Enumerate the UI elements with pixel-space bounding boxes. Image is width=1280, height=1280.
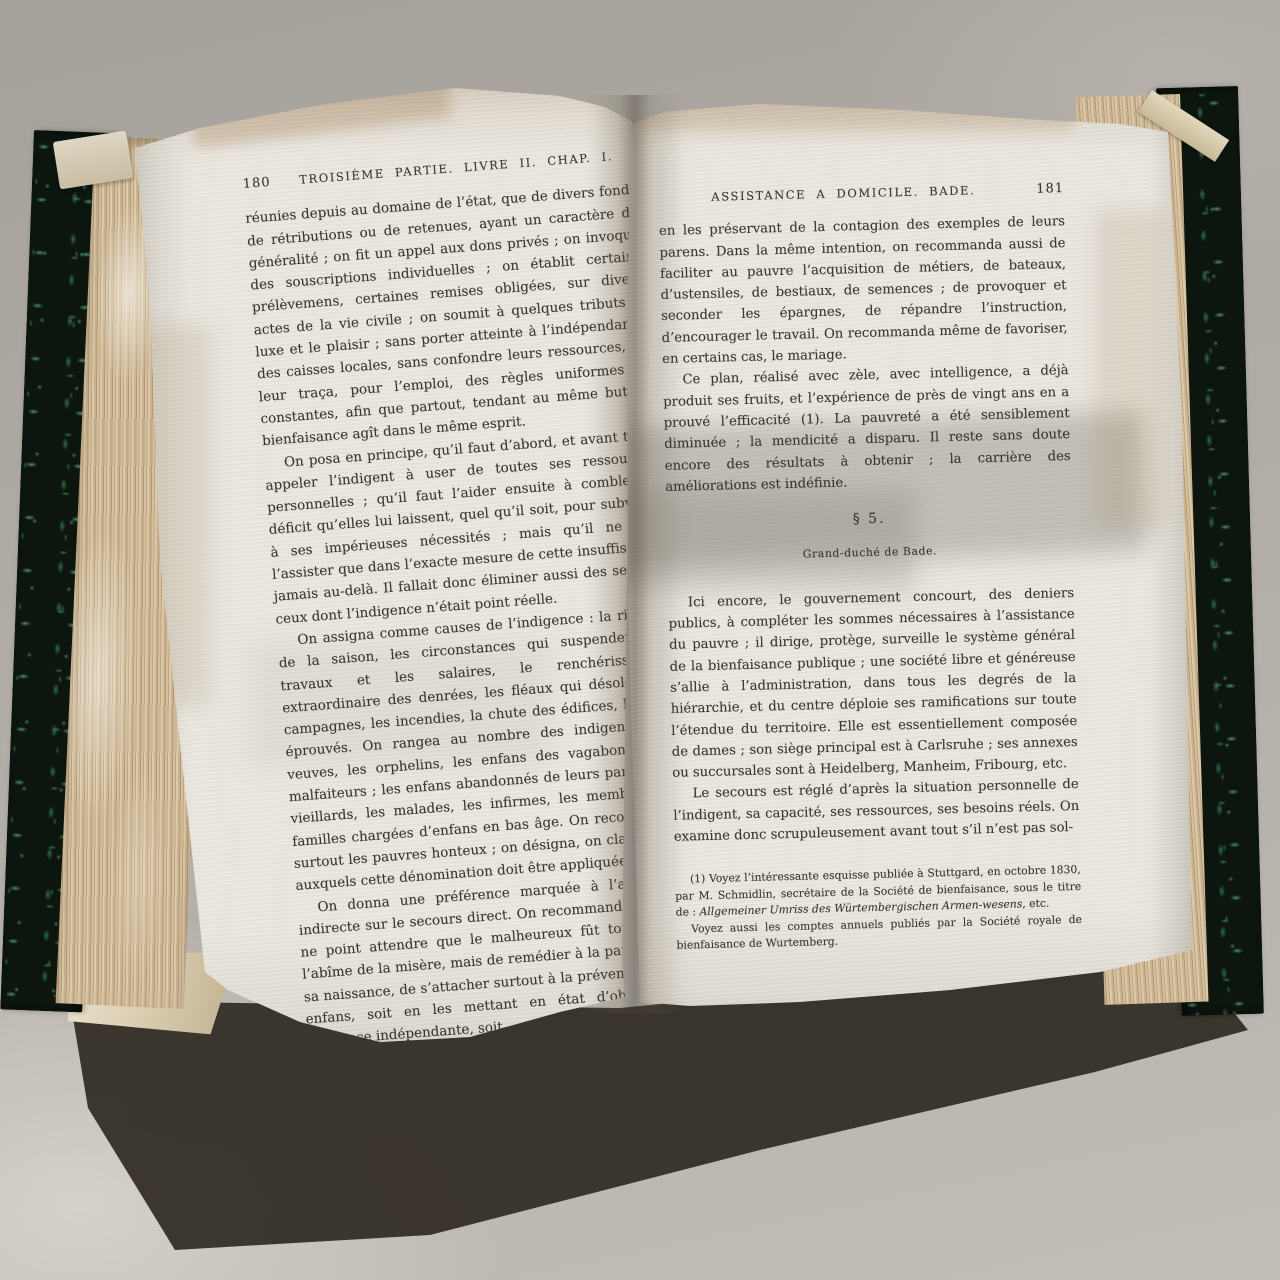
section-heading: § 5. [666, 504, 1072, 535]
running-title: ASSISTANCE A DOMICILE. BADE. [658, 179, 1029, 209]
footnote-text: , etc. [1022, 897, 1049, 911]
body-paragraph: On posa en principe, qu’il faut d’abord,… [263, 423, 667, 630]
footnote: (1) Voyez l’intéressante esquisse publié… [675, 862, 1083, 954]
body-paragraph: Ce plan, réalisé avec zèle, avec intelli… [662, 360, 1071, 498]
body-paragraph: Le secours est réglé d’après la situatio… [673, 774, 1080, 848]
photo-scene: 180 TROISIÈME PARTIE. LIVRE II. CHAP. I.… [0, 0, 1280, 1280]
body-paragraph: Ici encore, le gouvernement concourt, de… [668, 583, 1079, 785]
right-page: ASSISTANCE A DOMICILE. BADE. 181 en les … [625, 90, 1200, 1020]
right-page-text-block: ASSISTANCE A DOMICILE. BADE. 181 en les … [658, 178, 1083, 954]
body-paragraph: réunies depuis au domaine de l’état, que… [245, 179, 654, 453]
right-running-head: ASSISTANCE A DOMICILE. BADE. 181 [658, 178, 1064, 209]
page-stain [1095, 210, 1165, 530]
left-page: 180 TROISIÈME PARTIE. LIVRE II. CHAP. I.… [130, 85, 640, 1050]
body-paragraph: en les préservant de la contagion des ex… [659, 211, 1069, 370]
page-number: 180 [242, 172, 271, 196]
section-subtitle: Grand-duché de Bade. [667, 537, 1073, 568]
page-number: 181 [1036, 178, 1064, 200]
